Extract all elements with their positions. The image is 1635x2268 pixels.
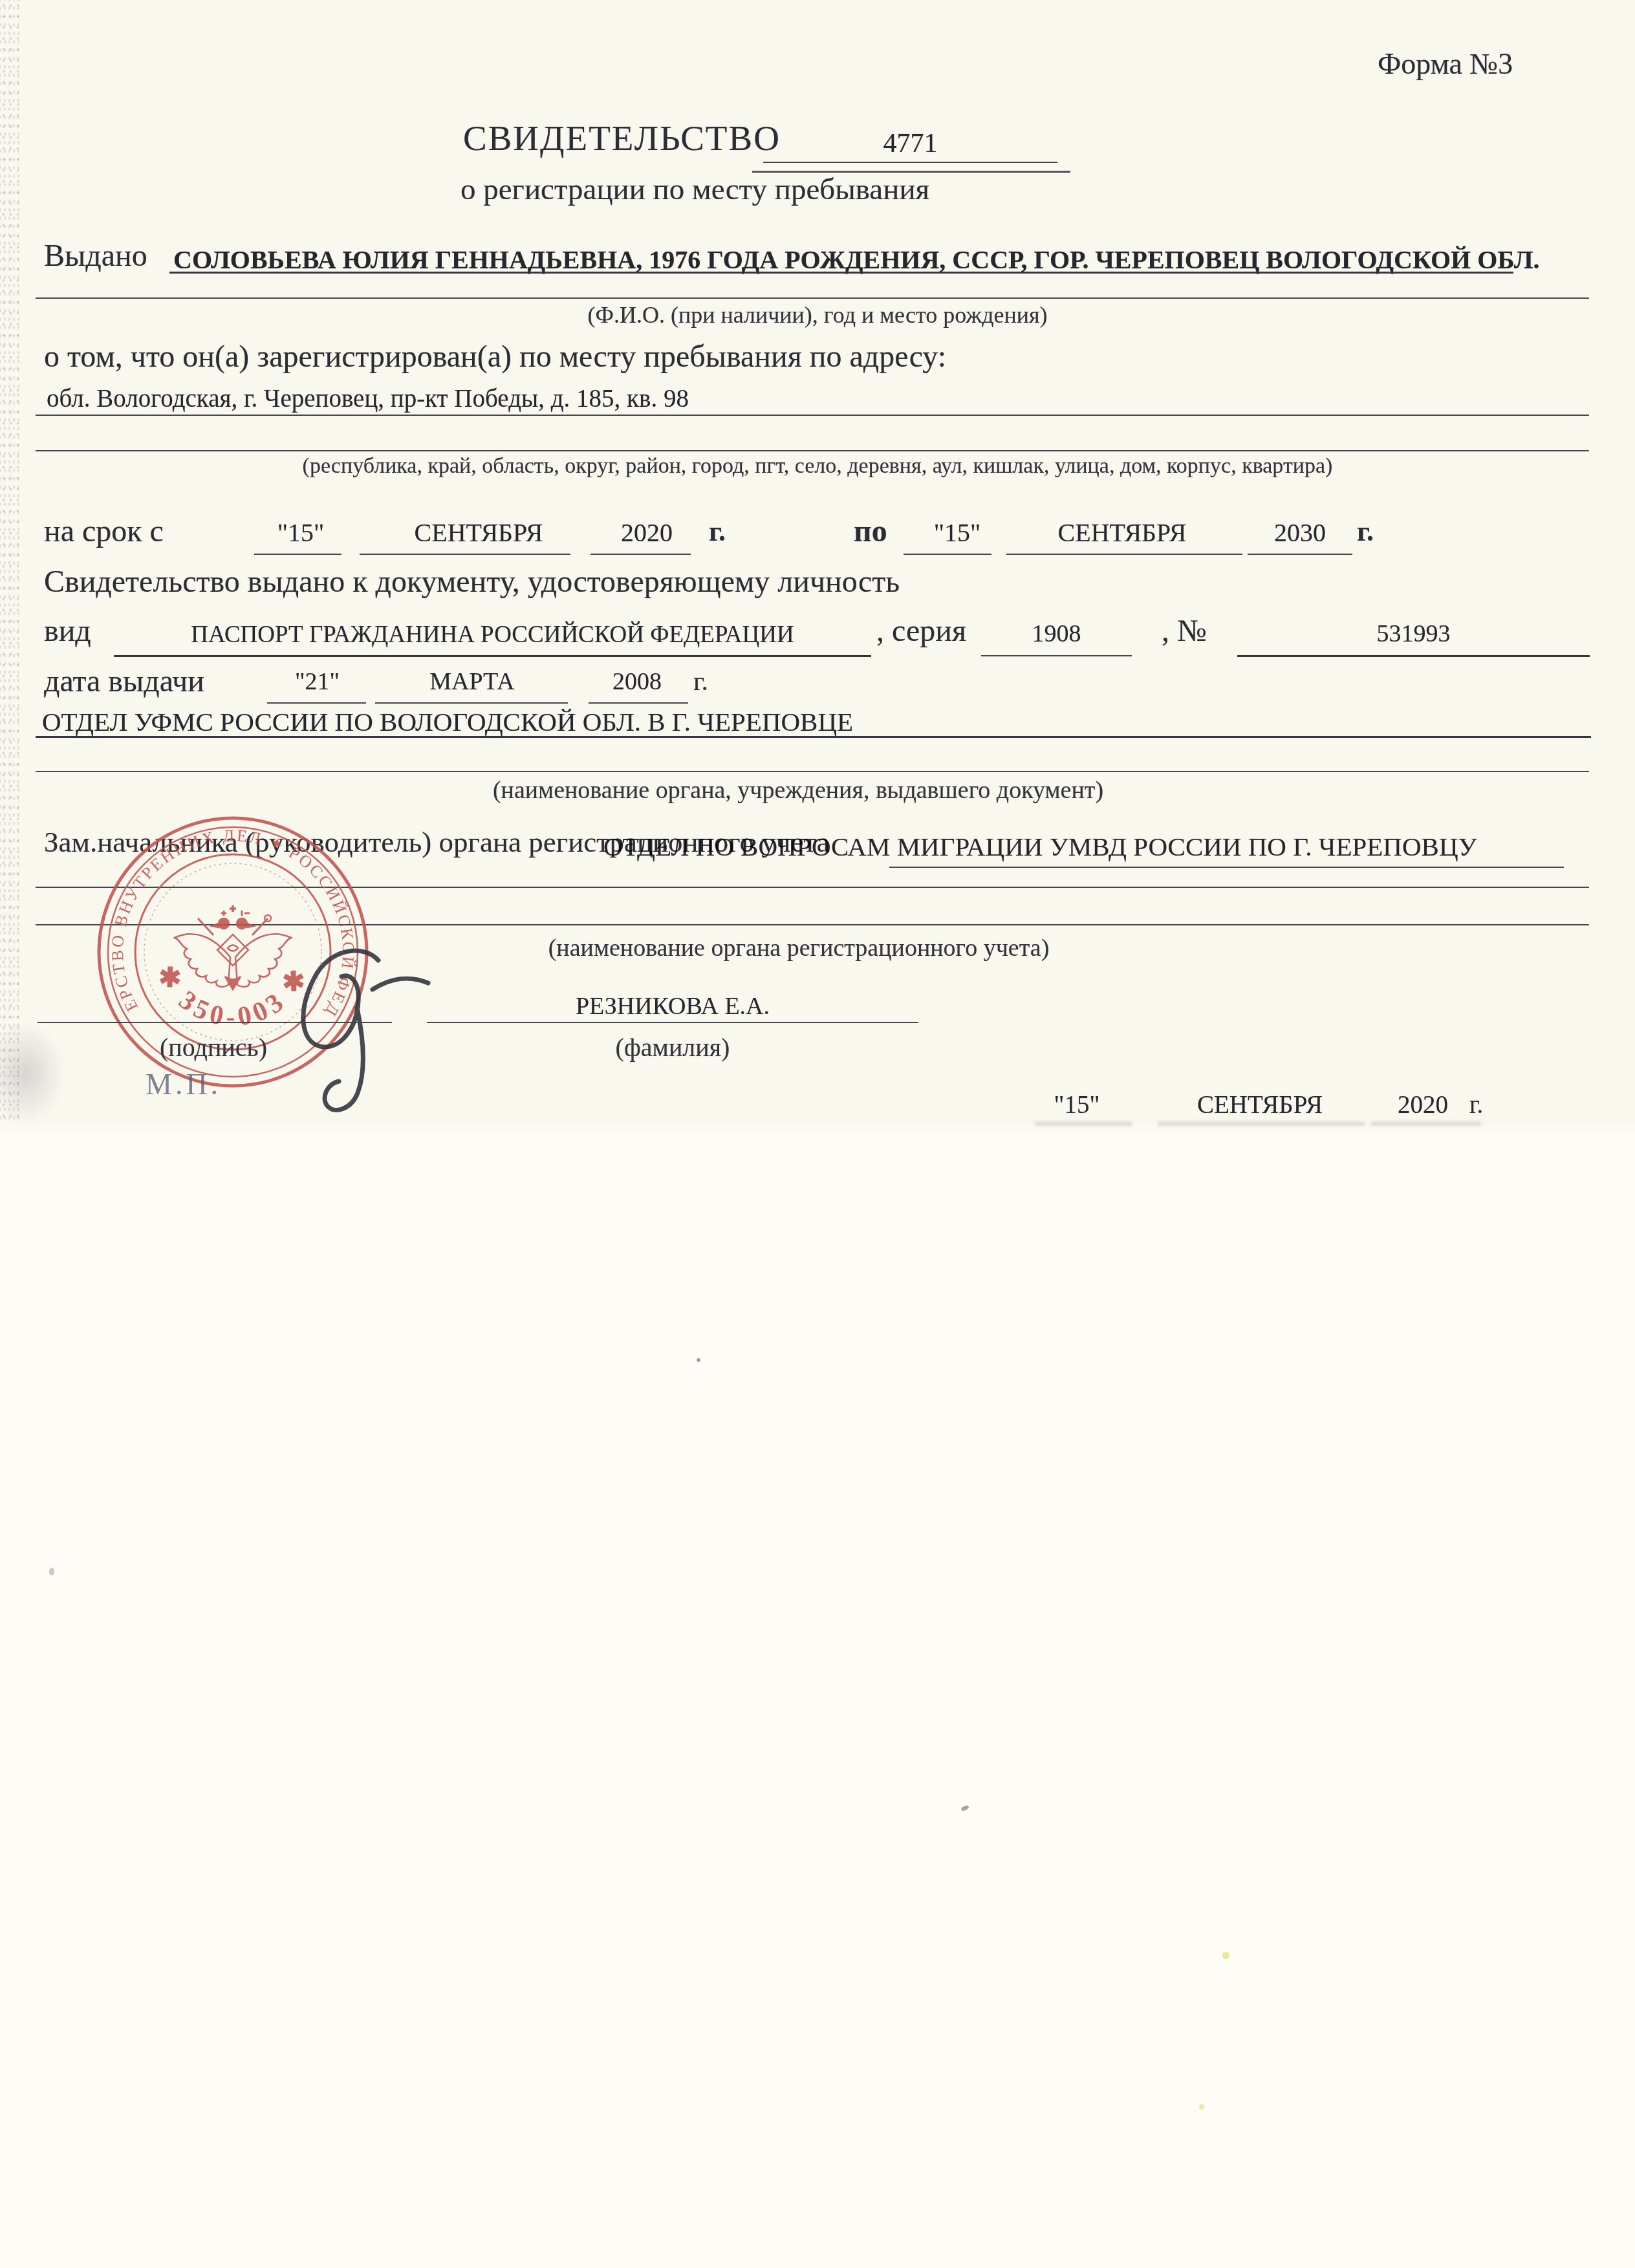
registrar-caption: (наименование органа регистрационного уч…	[517, 934, 1080, 962]
form-number-label: Форма №3	[1378, 47, 1513, 81]
term-from-day-underline	[254, 554, 341, 555]
scan-speck	[697, 1358, 700, 1362]
surname-caption: (фамилия)	[504, 1032, 841, 1063]
term-from-label: на срок с	[44, 513, 164, 549]
scan-speck	[49, 1568, 54, 1575]
term-from-day: "15"	[249, 517, 352, 548]
address-value: обл. Вологодская, г. Череповец, пр-кт По…	[47, 384, 689, 413]
term-from-year-suffix: г.	[709, 515, 726, 548]
term-to-year: 2030	[1248, 517, 1352, 548]
blank-line-1	[36, 297, 1589, 299]
scan-speck	[960, 1805, 969, 1812]
blank-line-3	[36, 771, 1589, 772]
term-to-day-underline	[904, 554, 991, 555]
surname-value: РЕЗНИКОВА Е.А.	[427, 992, 918, 1021]
certificate-number: 4771	[763, 128, 1057, 159]
faded-date-underline-3	[1371, 1121, 1481, 1126]
document-kind-value: ПАСПОРТ ГРАЖДАНИНА РОССИЙСКОЙ ФЕДЕРАЦИИ	[114, 621, 871, 649]
document-kind-label: вид	[44, 613, 91, 649]
registrar-organization-underline	[889, 867, 1564, 868]
issuer-underline	[36, 736, 1591, 738]
term-to-month: СЕНТЯБРЯ	[1028, 517, 1216, 548]
document-number-value: 531993	[1237, 620, 1590, 648]
registration-statement: о том, что он(а) зарегистрирован(а) по м…	[44, 339, 946, 374]
term-from-month-underline	[360, 554, 570, 555]
issued-name-value: СОЛОВЬЕВА ЮЛИЯ ГЕННАДЬЕВНА, 1976 ГОДА РО…	[173, 244, 1540, 275]
document-statement: Свидетельство выдано к документу, удосто…	[44, 564, 900, 599]
faded-date-underline-1	[1035, 1121, 1132, 1126]
certificate-number-underline	[763, 162, 1057, 163]
signing-date-year-suffix: г.	[1469, 1090, 1483, 1119]
fio-caption: (Ф.И.О. (при наличии), год и место рожде…	[397, 301, 1238, 329]
address-caption: (республика, край, область, округ, район…	[187, 454, 1448, 479]
term-to-year-underline	[1248, 554, 1352, 555]
issued-name-underline	[169, 272, 1513, 274]
issuer-caption: (наименование органа, учреждения, выдавш…	[455, 776, 1141, 805]
term-from-year-underline	[590, 554, 691, 555]
document-series-value: 1908	[981, 620, 1132, 648]
signing-date-month: СЕНТЯБРЯ	[1189, 1090, 1331, 1119]
document-series-underline	[981, 655, 1132, 656]
blank-line-2	[36, 450, 1589, 451]
scan-edge-noise	[0, 0, 19, 1121]
issuer-value: ОТДЕЛ УФМС РОССИИ ПО ВОЛОГОДСКОЙ ОБЛ. В …	[42, 706, 853, 737]
signature-caption: (подпись)	[116, 1032, 310, 1063]
signing-date-day: "15"	[1035, 1090, 1119, 1119]
term-from-month: СЕНТЯБРЯ	[388, 517, 569, 548]
issued-label: Выдано	[44, 238, 147, 274]
scan-speck-yellow	[1222, 1952, 1229, 1959]
term-to-year-suffix: г.	[1357, 515, 1374, 548]
signing-date-year: 2020	[1384, 1090, 1462, 1119]
document-number-underline	[1237, 655, 1590, 657]
term-to-month-underline	[1006, 554, 1242, 555]
document-page: Форма №3 СВИДЕТЕЛЬСТВО 4771 о регистраци…	[0, 0, 1635, 2268]
seal-place-mark: М.П.	[146, 1067, 221, 1101]
scan-smudge	[0, 1019, 68, 1129]
document-series-label: , серия	[876, 613, 966, 649]
address-underline	[36, 415, 1589, 416]
issue-month-value: МАРТА	[375, 667, 569, 696]
surname-line	[427, 1022, 918, 1023]
issue-year-suffix: г.	[693, 666, 708, 697]
issue-date-label: дата выдачи	[44, 664, 204, 699]
scan-speck-yellow	[1199, 2104, 1204, 2110]
certificate-title: СВИДЕТЕЛЬСТВО	[463, 118, 781, 158]
term-to-label: по	[854, 513, 887, 549]
term-from-year: 2020	[595, 517, 698, 548]
term-to-day: "15"	[899, 517, 1015, 548]
issue-month-underline	[375, 702, 568, 704]
issue-day-value: "21"	[267, 667, 367, 696]
certificate-subtitle: о регистрации по месту пребывания	[460, 172, 929, 207]
document-kind-underline	[114, 655, 871, 657]
registrar-organization-value: ОТДЕЛ ПО ВОПРОСАМ МИГРАЦИИ УМВД РОССИИ П…	[603, 831, 1477, 862]
issue-day-underline	[267, 702, 366, 704]
issue-year-underline	[589, 702, 688, 704]
issue-year-value: 2008	[592, 667, 682, 696]
faded-date-underline-2	[1158, 1121, 1365, 1126]
signature-line	[38, 1022, 392, 1023]
document-number-label: , №	[1162, 613, 1207, 649]
